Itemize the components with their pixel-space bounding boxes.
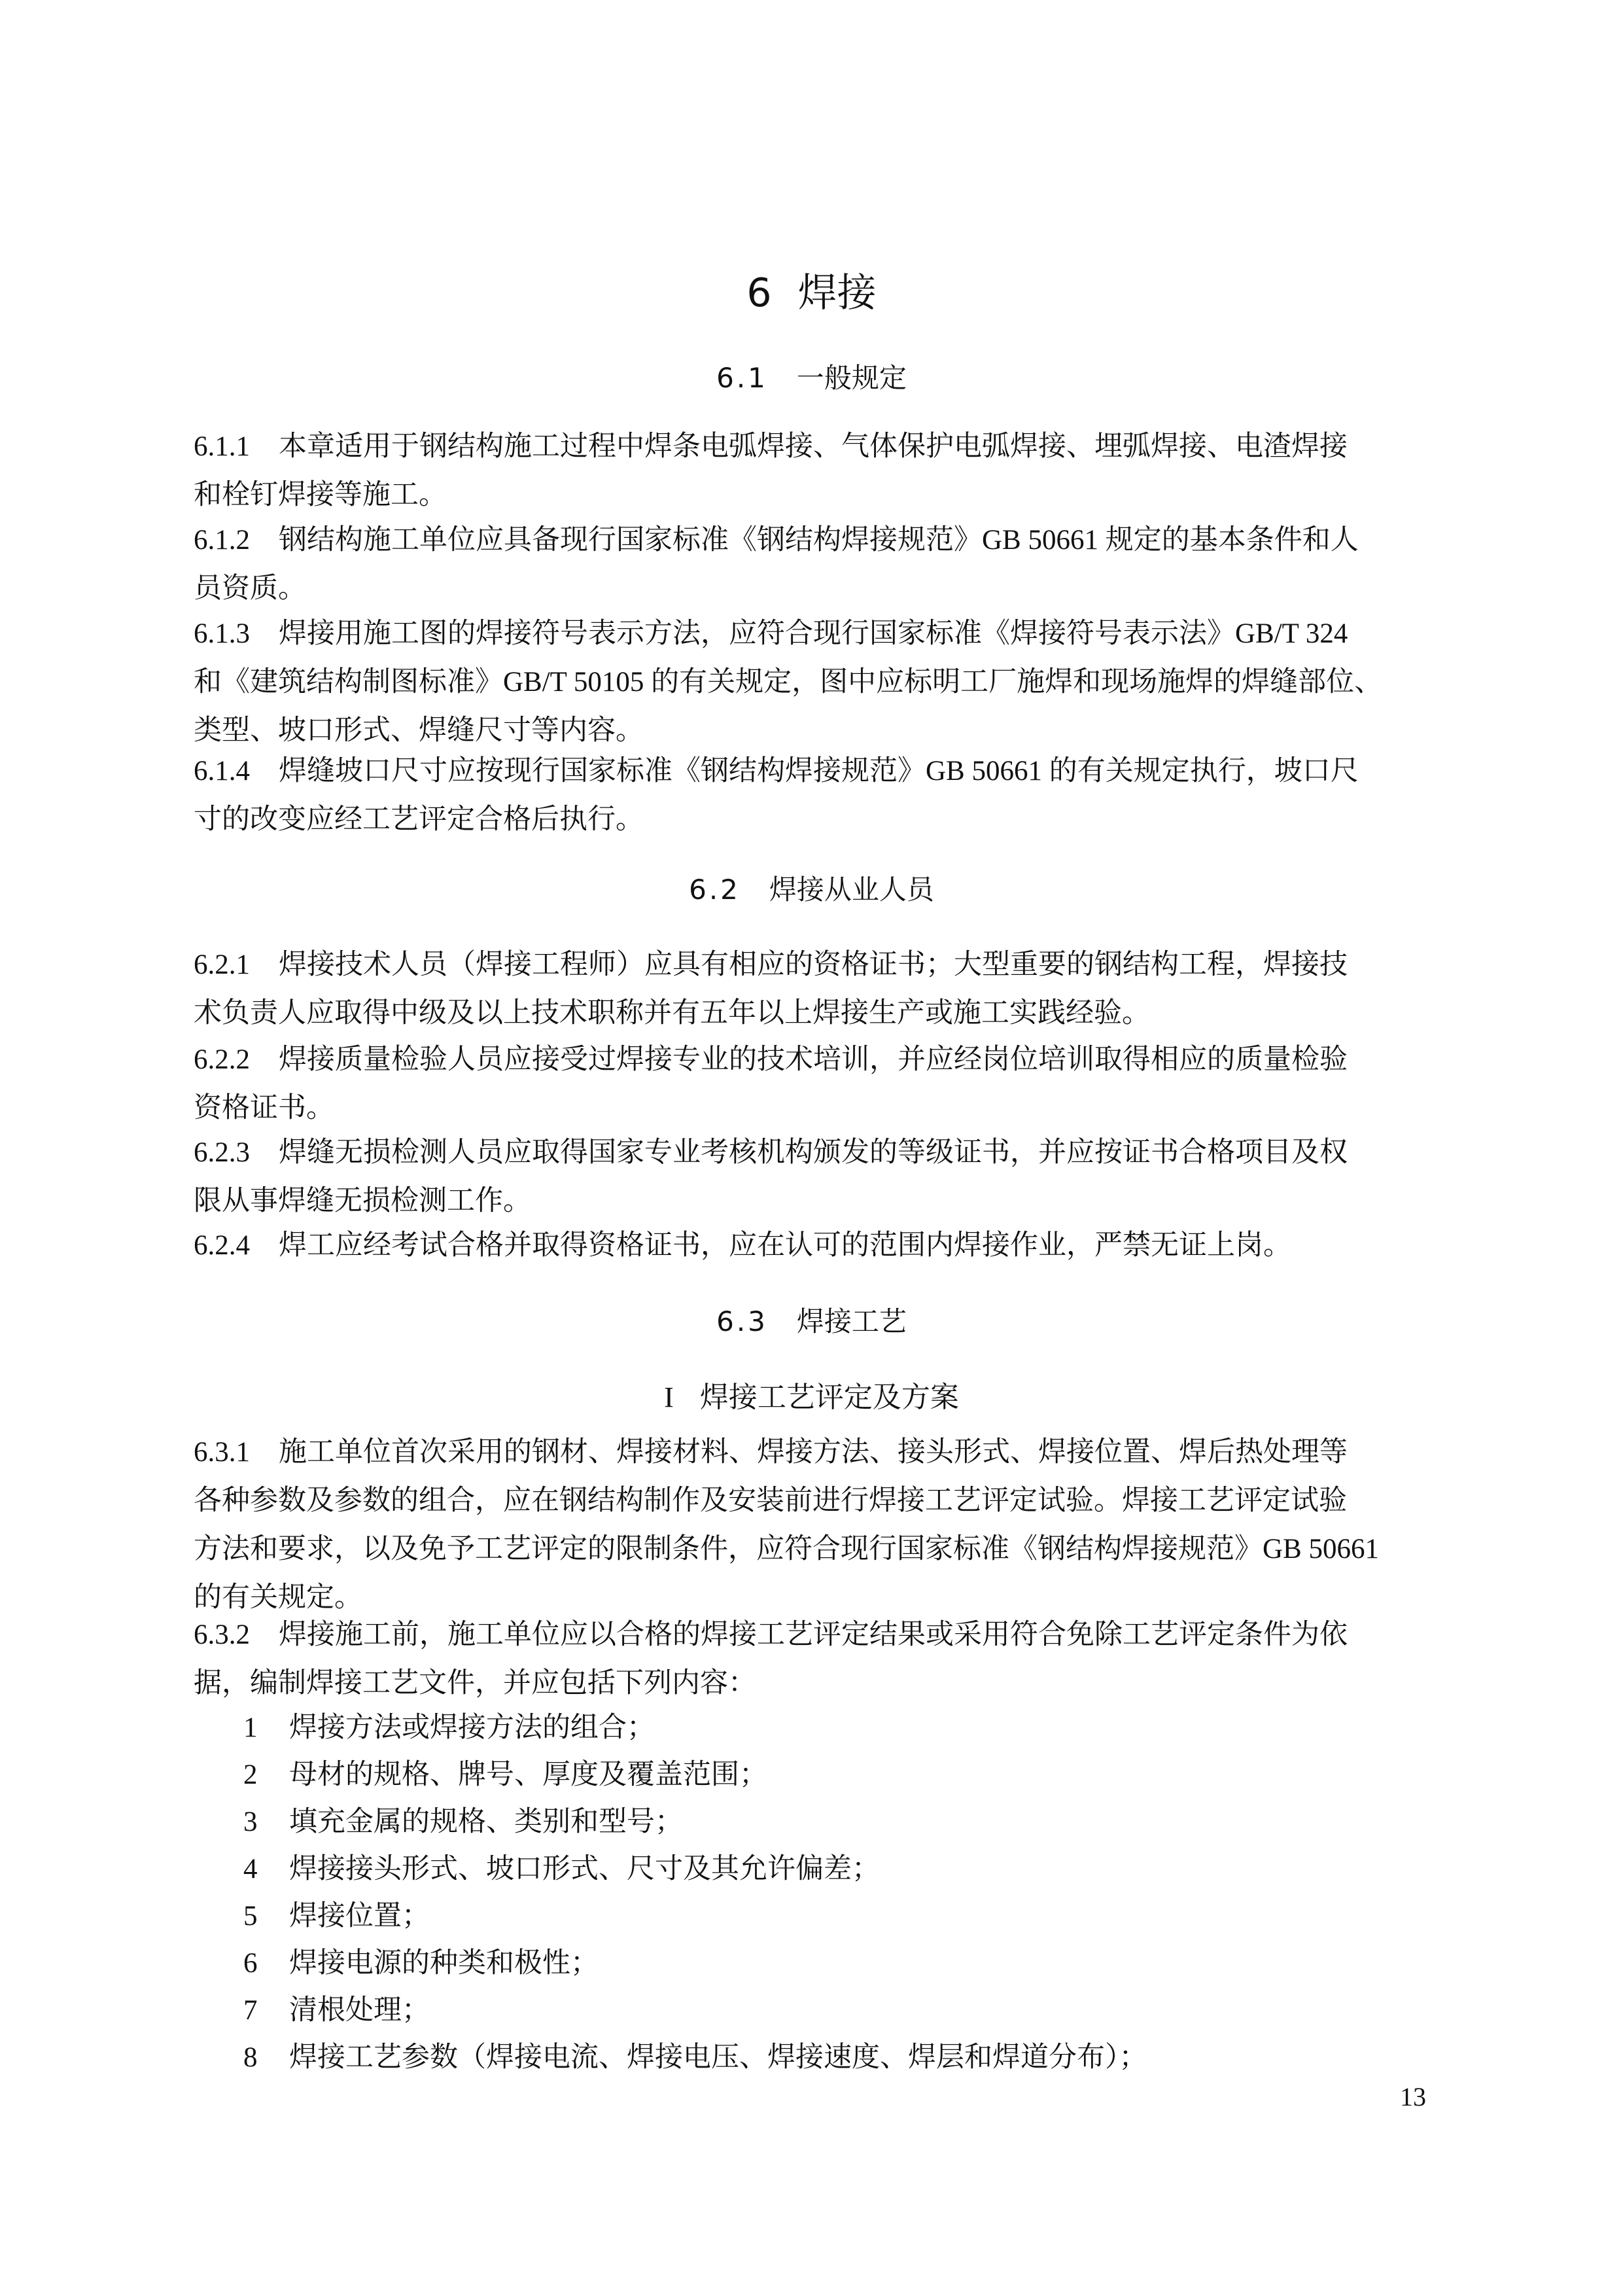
clause-text: 焊接质量检验人员应接受过焊接专业的技术培训，并应经岗位培训取得相应的质量检验 xyxy=(279,1044,1348,1075)
list-item: 8焊接工艺参数（焊接电流、焊接电压、焊接速度、焊层和焊道分布）； xyxy=(243,2034,1147,2082)
clause-number: 6.1.4 xyxy=(194,756,250,786)
list-index: 2 xyxy=(243,1751,289,1799)
clause-text: 术负责人应取得中级及以上技术职称并有五年以上焊接生产或施工实践经验。 xyxy=(194,989,1433,1038)
list-index: 1 xyxy=(243,1704,289,1752)
clause-6-1-3: 6.1.3焊接用施工图的焊接符号表示方法，应符合现行国家标准《焊接符号表示法》G… xyxy=(194,610,1433,755)
list-index: 7 xyxy=(243,1987,289,2035)
list-text: 焊接接头形式、坡口形式、尺寸及其允许偏差； xyxy=(289,1854,880,1884)
chapter-title-text: 焊接 xyxy=(798,270,877,316)
clause-6-2-3: 6.2.3焊缝无损检测人员应取得国家专业考核机构颁发的等级证书，并应按证书合格项… xyxy=(194,1129,1433,1226)
list-text: 填充金属的规格、类别和型号； xyxy=(289,1807,683,1837)
list-text: 焊接位置； xyxy=(289,1901,430,1932)
page-number: 13 xyxy=(1400,2081,1426,2113)
section-number: 6.1 xyxy=(716,362,768,394)
clause-text: 焊缝无损检测人员应取得国家专业考核机构颁发的等级证书，并应按证书合格项目及权 xyxy=(279,1137,1348,1168)
clause-6-3-1: 6.3.1施工单位首次采用的钢材、焊接材料、焊接方法、接头形式、焊接位置、焊后热… xyxy=(194,1428,1433,1622)
clause-number: 6.2.4 xyxy=(194,1230,250,1261)
list-item: 3填充金属的规格、类别和型号； xyxy=(243,1798,683,1846)
clause-text: 各种参数及参数的组合，应在钢结构制作及安装前进行焊接工艺评定试验。焊接工艺评定试… xyxy=(194,1477,1433,1525)
section-heading-6-1: 6.1一般规定 xyxy=(0,359,1623,398)
clause-text: 焊接施工前，施工单位应以合格的焊接工艺评定结果或采用符合免除工艺评定条件为依 xyxy=(279,1619,1348,1650)
subsection-heading-I: I焊接工艺评定及方案 xyxy=(0,1377,1623,1418)
clause-number: 6.3.1 xyxy=(194,1437,250,1468)
subsection-title-text: 焊接工艺评定及方案 xyxy=(700,1381,959,1413)
clause-6-3-2: 6.3.2焊接施工前，施工单位应以合格的焊接工艺评定结果或采用符合免除工艺评定条… xyxy=(194,1611,1433,1708)
list-index: 5 xyxy=(243,1892,289,1941)
clause-number: 6.2.3 xyxy=(194,1137,250,1168)
section-number: 6.3 xyxy=(716,1305,768,1337)
clause-number: 6.1.2 xyxy=(194,525,250,556)
clause-text: 员资质。 xyxy=(194,565,1433,613)
clause-6-2-4: 6.2.4焊工应经考试合格并取得资格证书，应在认可的范围内焊接作业，严禁无证上岗… xyxy=(194,1222,1433,1270)
clause-text: 施工单位首次采用的钢材、焊接材料、焊接方法、接头形式、焊接位置、焊后热处理等 xyxy=(279,1437,1348,1468)
clause-number: 6.2.1 xyxy=(194,949,250,980)
clause-number: 6.1.3 xyxy=(194,618,250,649)
clause-text: 限从事焊缝无损检测工作。 xyxy=(194,1177,1433,1226)
list-item: 4焊接接头形式、坡口形式、尺寸及其允许偏差； xyxy=(243,1845,880,1894)
clause-text: 和栓钉焊接等施工。 xyxy=(194,471,1433,520)
clause-text: 本章适用于钢结构施工过程中焊条电弧焊接、气体保护电弧焊接、埋弧焊接、电渣焊接 xyxy=(279,431,1348,462)
section-title-text: 焊接从业人员 xyxy=(769,874,934,906)
clause-number: 6.2.2 xyxy=(194,1044,250,1075)
document-page: 6焊接 6.1一般规定 6.1.1本章适用于钢结构施工过程中焊条电弧焊接、气体保… xyxy=(0,0,1623,2296)
clause-6-1-2: 6.1.2钢结构施工单位应具备现行国家标准《钢结构焊接规范》GB 50661 规… xyxy=(194,516,1433,613)
subsection-number: I xyxy=(664,1381,674,1413)
clause-text: 焊接用施工图的焊接符号表示方法，应符合现行国家标准《焊接符号表示法》GB/T 3… xyxy=(279,618,1348,649)
chapter-title: 6焊接 xyxy=(0,267,1623,319)
clause-text: 焊工应经考试合格并取得资格证书，应在认可的范围内焊接作业，严禁无证上岗。 xyxy=(279,1230,1291,1261)
list-index: 4 xyxy=(243,1845,289,1894)
clause-text: 焊缝坡口尺寸应按现行国家标准《钢结构焊接规范》GB 50661 的有关规定执行，… xyxy=(279,756,1359,786)
clause-text: 资格证书。 xyxy=(194,1084,1433,1133)
clause-6-1-4: 6.1.4焊缝坡口尺寸应按现行国家标准《钢结构焊接规范》GB 50661 的有关… xyxy=(194,747,1433,844)
list-item: 7清根处理； xyxy=(243,1987,430,2035)
list-index: 3 xyxy=(243,1798,289,1846)
section-number: 6.2 xyxy=(689,874,741,906)
list-item: 2母材的规格、牌号、厚度及覆盖范围； xyxy=(243,1751,767,1799)
list-index: 8 xyxy=(243,2034,289,2082)
clause-number: 6.1.1 xyxy=(194,431,250,462)
clause-text: 寸的改变应经工艺评定合格后执行。 xyxy=(194,796,1433,844)
list-index: 6 xyxy=(243,1939,289,1988)
clause-6-2-1: 6.2.1焊接技术人员（焊接工程师）应具有相应的资格证书；大型重要的钢结构工程，… xyxy=(194,941,1433,1038)
list-item: 6焊接电源的种类和极性； xyxy=(243,1939,599,1988)
clause-text: 和《建筑结构制图标准》GB/T 50105 的有关规定，图中应标明工厂施焊和现场… xyxy=(194,658,1433,707)
clause-text: 焊接技术人员（焊接工程师）应具有相应的资格证书；大型重要的钢结构工程，焊接技 xyxy=(279,949,1348,980)
section-title-text: 一般规定 xyxy=(797,362,907,394)
section-title-text: 焊接工艺 xyxy=(797,1305,907,1337)
list-item: 1焊接方法或焊接方法的组合； xyxy=(243,1704,655,1752)
list-text: 焊接电源的种类和极性； xyxy=(289,1948,599,1979)
clause-6-1-1: 6.1.1本章适用于钢结构施工过程中焊条电弧焊接、气体保护电弧焊接、埋弧焊接、电… xyxy=(194,423,1433,520)
list-text: 焊接方法或焊接方法的组合； xyxy=(289,1712,655,1743)
chapter-number: 6 xyxy=(746,270,771,316)
list-text: 焊接工艺参数（焊接电流、焊接电压、焊接速度、焊层和焊道分布）； xyxy=(289,2042,1147,2073)
clause-number: 6.3.2 xyxy=(194,1619,250,1650)
list-text: 母材的规格、牌号、厚度及覆盖范围； xyxy=(289,1759,767,1790)
list-item: 5焊接位置； xyxy=(243,1892,430,1941)
clause-text: 据，编制焊接工艺文件，并应包括下列内容： xyxy=(194,1659,1433,1708)
section-heading-6-2: 6.2焊接从业人员 xyxy=(0,870,1623,910)
clause-text: 方法和要求，以及免予工艺评定的限制条件，应符合现行国家标准《钢结构焊接规范》GB… xyxy=(194,1525,1433,1574)
list-text: 清根处理； xyxy=(289,1995,430,2026)
section-heading-6-3: 6.3焊接工艺 xyxy=(0,1302,1623,1341)
clause-text: 钢结构施工单位应具备现行国家标准《钢结构焊接规范》GB 50661 规定的基本条… xyxy=(279,525,1359,556)
clause-6-2-2: 6.2.2焊接质量检验人员应接受过焊接专业的技术培训，并应经岗位培训取得相应的质… xyxy=(194,1036,1433,1133)
